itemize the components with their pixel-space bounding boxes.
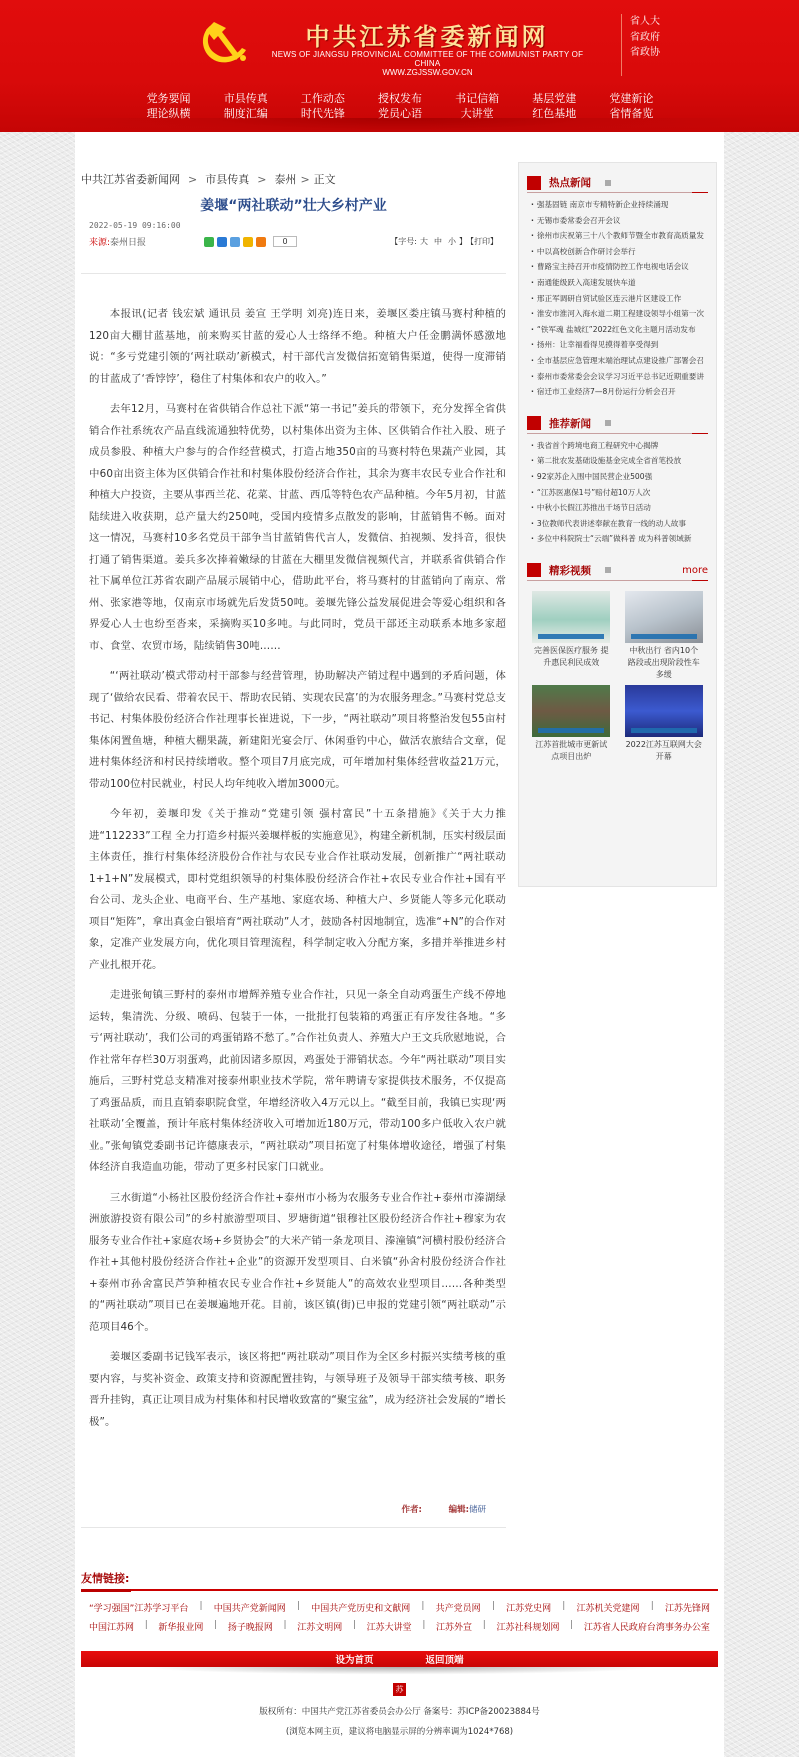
nav-item[interactable]: 制度汇编 bbox=[207, 106, 284, 121]
article-paragraph: 去年12月，马赛村在省供销合作总社下派“第一书记”姜兵的带领下，充分发挥全省供销… bbox=[89, 399, 506, 657]
nav-item[interactable]: 时代先锋 bbox=[284, 106, 361, 121]
recommended-list: 我省首个跨境电商工程研究中心揭牌 第二批农发基础设施基金完成全省首笔投放 92家… bbox=[527, 438, 708, 547]
breadcrumb-home[interactable]: 中共江苏省委新闻网 bbox=[81, 173, 180, 186]
breadcrumb: 中共江苏省委新闻网>市县传真>泰州>正文 bbox=[81, 171, 506, 189]
back-to-top-link[interactable]: 返回顶端 bbox=[426, 1652, 464, 1666]
list-item[interactable]: 第二批农发基础设施基金完成全省首笔投放 bbox=[527, 453, 708, 469]
nav-item[interactable]: 市县传真 bbox=[207, 91, 284, 106]
article-body: 本报讯(记者 钱宏斌 通讯员 姜宣 王学明 刘亮)连日来，姜堰区娄庄镇马赛村种植… bbox=[81, 274, 506, 1433]
list-item[interactable]: 南通能级跃入高速发展快车道 bbox=[527, 275, 708, 291]
author-label: 作者: bbox=[401, 1505, 421, 1515]
breadcrumb-section[interactable]: 市县传真 bbox=[205, 173, 249, 186]
list-item[interactable]: 中以高校创新合作研讨会举行 bbox=[527, 244, 708, 260]
gray-square-icon bbox=[605, 180, 611, 186]
video-thumbnail[interactable] bbox=[532, 591, 610, 643]
list-item[interactable]: 宿迁市工业经济7—8月份运行分析会召开 bbox=[527, 384, 708, 400]
video-item[interactable]: 中秋出行 省内10个路段或出现阶段性车多缓 bbox=[624, 591, 705, 681]
nav-item[interactable]: 理论纵横 bbox=[130, 106, 207, 121]
recommended-header: 推荐新闻 bbox=[527, 414, 708, 434]
site-url: WWW.ZGJSSW.GOV.CN bbox=[260, 68, 595, 77]
video-thumbnail[interactable] bbox=[532, 685, 610, 737]
resolution-note: (浏览本网主页，建议将电脑显示屏的分辨率调为1024*768) bbox=[75, 1725, 724, 1737]
font-size-controls: 【字号:大中小】【打印】 bbox=[387, 236, 506, 247]
video-title[interactable]: 完善医保医疗服务 提升惠民利民成效 bbox=[531, 645, 612, 669]
side-link-cppcc[interactable]: 省政协 bbox=[630, 45, 660, 61]
weibo-icon[interactable] bbox=[230, 237, 240, 247]
friend-links-title: 友情链接: bbox=[81, 1570, 718, 1591]
list-item[interactable]: 全市基层应急管理末端治理试点建设推广部署会召 bbox=[527, 353, 708, 369]
list-item[interactable]: 92家苏企入围中国民营企业500强 bbox=[527, 469, 708, 485]
nav-item[interactable]: 大讲堂 bbox=[439, 106, 516, 121]
list-item[interactable]: 泰州市委常委会会议学习习近平总书记近期重要讲 bbox=[527, 369, 708, 385]
nav-item[interactable]: 党建新论 bbox=[593, 91, 670, 106]
list-item[interactable]: 徐州市庆祝第三十八个教师节暨全市教育高质量发 bbox=[527, 228, 708, 244]
set-homepage-link[interactable]: 设为首页 bbox=[335, 1652, 373, 1666]
copyright: 版权所有：中国共产党江苏省委员会办公厅 备案号：苏ICP备20023884号 bbox=[75, 1705, 724, 1717]
header-curve bbox=[0, 118, 799, 132]
list-item[interactable]: 多位中科院院士“云端”做科普 成为科普领域新 bbox=[527, 531, 708, 547]
page-container: 中共江苏省委新闻网>市县传真>泰州>正文 姜堰“两社联动”壮大乡村产业 2022… bbox=[75, 132, 724, 1757]
side-links: 省人大 省政府 省政协 bbox=[621, 14, 660, 76]
list-item[interactable]: 淮安市淮河入海水道二期工程建设领导小组第一次 bbox=[527, 306, 708, 322]
friend-link[interactable]: 江苏外宣 bbox=[436, 1620, 472, 1633]
article-byline: 作者: 编辑:储研 bbox=[81, 1503, 506, 1528]
list-item[interactable]: 我省首个跨境电商工程研究中心揭牌 bbox=[527, 438, 708, 454]
nav-item[interactable]: 党员心语 bbox=[361, 106, 438, 121]
share-count: 0 bbox=[273, 236, 297, 247]
wechat-icon[interactable] bbox=[204, 237, 214, 247]
list-item[interactable]: “江苏医惠保1号”赔付超10万人次 bbox=[527, 485, 708, 501]
friend-link[interactable]: 中国共产党新闻网 bbox=[214, 1601, 286, 1614]
gray-square-icon bbox=[605, 420, 611, 426]
list-item[interactable]: 3位教师代表讲述奉献在教育一线的动人故事 bbox=[527, 516, 708, 532]
breadcrumb-current: 正文 bbox=[314, 173, 336, 186]
hot-news-title: 热点新闻 bbox=[549, 175, 591, 190]
friend-link[interactable]: “学习强国”江苏学习平台 bbox=[89, 1601, 188, 1614]
friend-links: 友情链接: “学习强国”江苏学习平台| 中国共产党新闻网| 中国共产党历史和文献… bbox=[81, 1570, 718, 1633]
side-link-gov[interactable]: 省政府 bbox=[630, 30, 660, 46]
font-size-large[interactable]: 大 bbox=[420, 237, 428, 246]
font-size-medium[interactable]: 中 bbox=[434, 237, 442, 246]
sidebar: 热点新闻 强基固链 南京市专精特新企业持续涌现 无锡市委常委会召开会议 徐州市庆… bbox=[518, 162, 717, 887]
font-size-close: 】 bbox=[459, 237, 467, 246]
more-share-icon[interactable] bbox=[256, 237, 266, 247]
site-subtitle: NEWS OF JIANGSU PROVINCIAL COMMITTEE OF … bbox=[260, 50, 595, 68]
friend-link[interactable]: 新华报业网 bbox=[158, 1620, 203, 1633]
nav-item[interactable]: 党务要闻 bbox=[130, 91, 207, 106]
breadcrumb-city[interactable]: 泰州 bbox=[274, 173, 296, 186]
section-marker-icon bbox=[527, 416, 541, 430]
video-grid: 完善医保医疗服务 提升惠民利民成效 中秋出行 省内10个路段或出现阶段性车多缓 … bbox=[527, 585, 708, 763]
videos-header: 精彩视频 more bbox=[527, 561, 708, 581]
article-paragraph: 姜堰区委副书记钱军表示，该区将把“两社联动”项目作为全区乡村振兴实绩考核的重要内… bbox=[89, 1347, 506, 1433]
hot-news-header: 热点新闻 bbox=[527, 173, 708, 193]
site-header: 中共江苏省委新闻网 NEWS OF JIANGSU PROVINCIAL COM… bbox=[0, 0, 799, 132]
print-link[interactable]: 【打印】 bbox=[470, 237, 498, 246]
friend-link[interactable]: 江苏省人民政府台湾事务办公室 bbox=[584, 1620, 710, 1633]
videos-title: 精彩视频 bbox=[549, 563, 591, 578]
source-value: 泰州日报 bbox=[110, 238, 146, 248]
friend-links-row: “学习强国”江苏学习平台| 中国共产党新闻网| 中国共产党历史和文献网| 共产党… bbox=[81, 1601, 718, 1614]
videos-more-link[interactable]: more bbox=[682, 565, 708, 576]
party-emblem-icon bbox=[196, 18, 250, 66]
nav-item[interactable]: 授权发布 bbox=[361, 91, 438, 106]
breadcrumb-separator: > bbox=[257, 173, 266, 186]
friend-link[interactable]: 江苏社科规划网 bbox=[496, 1620, 559, 1633]
list-item[interactable]: 邢正军调研自贸试验区连云港片区建设工作 bbox=[527, 291, 708, 307]
friend-link[interactable]: 扬子晚报网 bbox=[228, 1620, 273, 1633]
article-paragraph: 本报讯(记者 钱宏斌 通讯员 姜宣 王学明 刘亮)连日来，姜堰区娄庄镇马赛村种植… bbox=[89, 304, 506, 390]
video-item[interactable]: 完善医保医疗服务 提升惠民利民成效 bbox=[531, 591, 612, 681]
video-item[interactable]: 2022江苏互联网大会开幕 bbox=[624, 685, 705, 763]
video-title[interactable]: 中秋出行 省内10个路段或出现阶段性车多缓 bbox=[624, 645, 705, 681]
article-column: 中共江苏省委新闻网>市县传真>泰州>正文 姜堰“两社联动”壮大乡村产业 2022… bbox=[75, 162, 516, 1528]
article-paragraph: 三水街道“小杨社区股份经济合作社+泰州市小杨为农服务专业合作社+泰州市溱湖绿洲旅… bbox=[89, 1188, 506, 1339]
list-item[interactable]: 无锡市委常委会召开会议 bbox=[527, 213, 708, 229]
nav-item[interactable]: 基层党建 bbox=[516, 91, 593, 106]
friend-link[interactable]: 中国共产党历史和文献网 bbox=[311, 1601, 410, 1614]
article-title: 姜堰“两社联动”壮大乡村产业 bbox=[81, 195, 506, 215]
friend-link[interactable]: 江苏先锋网 bbox=[665, 1601, 710, 1614]
font-size-label: 【字号: bbox=[390, 237, 417, 246]
friend-link[interactable]: 共产党员网 bbox=[436, 1601, 481, 1614]
nav-item[interactable]: 书记信箱 bbox=[439, 91, 516, 106]
site-title: 中共江苏省委新闻网 bbox=[262, 17, 592, 52]
recommended-title: 推荐新闻 bbox=[549, 416, 591, 431]
article-source: 来源:泰州日报 bbox=[89, 235, 204, 248]
hot-news-list: 强基固链 南京市专精特新企业持续涌现 无锡市委常委会召开会议 徐州市庆祝第三十八… bbox=[527, 197, 708, 400]
list-item[interactable]: 扬州：让幸福看得见摸得着享受得到 bbox=[527, 337, 708, 353]
list-item[interactable]: “铁军魂 盐城红”2022红色文化主题月活动发布 bbox=[527, 322, 708, 338]
video-thumbnail[interactable] bbox=[625, 591, 703, 643]
friend-link[interactable]: 江苏大讲堂 bbox=[367, 1620, 412, 1633]
article-meta: 来源:泰州日报 0 【字号:大中小】【打印】 bbox=[81, 234, 506, 274]
friend-link[interactable]: 江苏文明网 bbox=[297, 1620, 342, 1633]
main-nav: 党务要闻理论纵横 市县传真制度汇编 工作动态时代先锋 授权发布党员心语 书记信箱… bbox=[130, 91, 670, 121]
section-marker-icon bbox=[527, 563, 541, 577]
friend-links-row: 中国江苏网| 新华报业网| 扬子晚报网| 江苏文明网| 江苏大讲堂| 江苏外宣|… bbox=[81, 1620, 718, 1633]
list-item[interactable]: 强基固链 南京市专精特新企业持续涌现 bbox=[527, 197, 708, 213]
share-bar: 0 bbox=[204, 236, 297, 247]
friend-link[interactable]: 中国江苏网 bbox=[89, 1620, 134, 1633]
article-paragraph: “‘两社联动’模式带动村干部参与经营管理，协助解决产销过程中遇到的矛盾问题，体现… bbox=[89, 666, 506, 795]
article-paragraph: 走进张甸镇三野村的泰州市增辉养殖专业合作社，只见一条全自动鸡蛋生产线不停地运转，… bbox=[89, 985, 506, 1179]
list-item[interactable]: 曹路宝主持召开市疫情防控工作电视电话会议 bbox=[527, 259, 708, 275]
gray-square-icon bbox=[605, 567, 611, 573]
breadcrumb-separator: > bbox=[300, 173, 309, 186]
qzone-icon[interactable] bbox=[243, 237, 253, 247]
editor-value: 储研 bbox=[469, 1505, 486, 1515]
nav-item[interactable]: 红色基地 bbox=[516, 106, 593, 121]
source-label: 来源: bbox=[89, 238, 110, 248]
video-item[interactable]: 江苏首批城市更新试点项目出炉 bbox=[531, 685, 612, 763]
list-item[interactable]: 中秋小长假江苏推出千场节日活动 bbox=[527, 500, 708, 516]
footer-bar: 设为首页 返回顶端 bbox=[81, 1651, 718, 1667]
nav-item[interactable]: 工作动态 bbox=[284, 91, 361, 106]
friend-link[interactable]: 江苏党史网 bbox=[506, 1601, 551, 1614]
article-paragraph: 今年初，姜堰印发《关于推动“党建引领 强村富民”十五条措施》《关于大力推进“11… bbox=[89, 804, 506, 976]
video-title[interactable]: 2022江苏互联网大会开幕 bbox=[624, 739, 705, 763]
article-datetime: 2022-05-19 09:16:00 bbox=[81, 221, 506, 230]
video-title[interactable]: 江苏首批城市更新试点项目出炉 bbox=[531, 739, 612, 763]
editor-label: 编辑: bbox=[449, 1505, 469, 1515]
seal-icon: 苏 bbox=[393, 1683, 406, 1696]
friend-link[interactable]: 江苏机关党建网 bbox=[577, 1601, 640, 1614]
font-size-small[interactable]: 小 bbox=[448, 237, 456, 246]
video-thumbnail[interactable] bbox=[625, 685, 703, 737]
nav-item[interactable]: 省情备览 bbox=[593, 106, 670, 121]
side-link-npc[interactable]: 省人大 bbox=[630, 14, 660, 30]
breadcrumb-separator: > bbox=[188, 173, 197, 186]
footer-shadow bbox=[89, 1667, 710, 1677]
qq-icon[interactable] bbox=[217, 237, 227, 247]
section-marker-icon bbox=[527, 176, 541, 190]
